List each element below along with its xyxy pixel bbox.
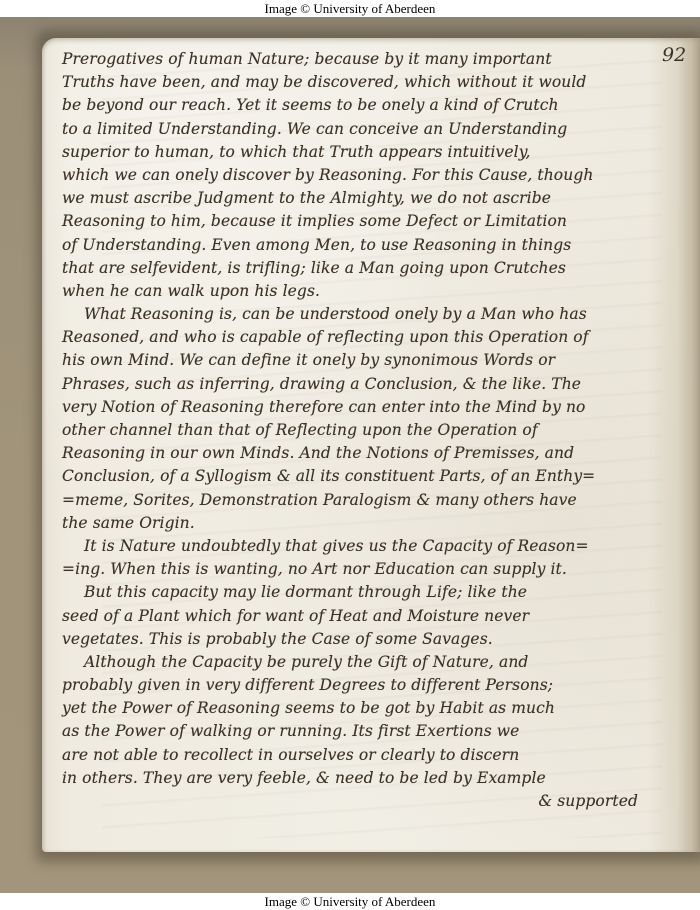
manuscript-line: his own Mind. We can define it onely by … [62, 349, 672, 372]
manuscript-line: that are selfevident, is trifling; like … [62, 257, 672, 280]
manuscript-line: superior to human, to which that Truth a… [62, 141, 672, 164]
manuscript-line: other channel than that of Reflecting up… [62, 419, 672, 442]
manuscript-line: vegetates. This is probably the Case of … [62, 628, 672, 651]
manuscript-line: Conclusion, of a Syllogism & all its con… [62, 465, 672, 488]
manuscript-line: =ing. When this is wanting, no Art nor E… [62, 558, 672, 581]
copyright-caption-top: Image © University of Aberdeen [0, 0, 700, 17]
manuscript-line: of Understanding. Even among Men, to use… [62, 234, 672, 257]
manuscript-line: probably given in very different Degrees… [62, 674, 672, 697]
manuscript-paragraph-start: It is Nature undoubtedly that gives us t… [62, 535, 672, 558]
manuscript-line: as the Power of walking or running. Its … [62, 720, 672, 743]
manuscript-line: be beyond our reach. Yet it seems to be … [62, 94, 672, 117]
manuscript-page: 92 Prerogatives of human Nature; because… [42, 38, 700, 852]
manuscript-line: the same Origin. [62, 512, 672, 535]
copyright-caption-bottom: Image © University of Aberdeen [0, 893, 700, 910]
manuscript-line: =meme, Sorites, Demonstration Paralogism… [62, 489, 672, 512]
manuscript-line: in others. They are very feeble, & need … [62, 767, 672, 790]
manuscript-line: Reasoned, and who is capable of reflecti… [62, 326, 672, 349]
manuscript-paragraph-start: Although the Capacity be purely the Gift… [62, 651, 672, 674]
manuscript-line: are not able to recollect in ourselves o… [62, 744, 672, 767]
manuscript-line: Reasoning in our own Minds. And the Noti… [62, 442, 672, 465]
manuscript-text: Prerogatives of human Nature; because by… [62, 48, 672, 813]
manuscript-line: Reasoning to him, because it implies som… [62, 210, 672, 233]
manuscript-line: when he can walk upon his legs. [62, 280, 672, 303]
manuscript-line: very Notion of Reasoning therefore can e… [62, 396, 672, 419]
manuscript-paragraph-start: But this capacity may lie dormant throug… [62, 581, 672, 604]
manuscript-line: we must ascribe Judgment to the Almighty… [62, 187, 672, 210]
manuscript-catchword: & supported [62, 790, 672, 813]
manuscript-line: to a limited Understanding. We can conce… [62, 118, 672, 141]
manuscript-line: which we can onely discover by Reasoning… [62, 164, 672, 187]
manuscript-line: Truths have been, and may be discovered,… [62, 71, 672, 94]
manuscript-paragraph-start: What Reasoning is, can be understood one… [62, 303, 672, 326]
manuscript-line: Phrases, such as inferring, drawing a Co… [62, 373, 672, 396]
manuscript-line: Prerogatives of human Nature; because by… [62, 48, 672, 71]
manuscript-line: yet the Power of Reasoning seems to be g… [62, 697, 672, 720]
manuscript-line: seed of a Plant which for want of Heat a… [62, 605, 672, 628]
